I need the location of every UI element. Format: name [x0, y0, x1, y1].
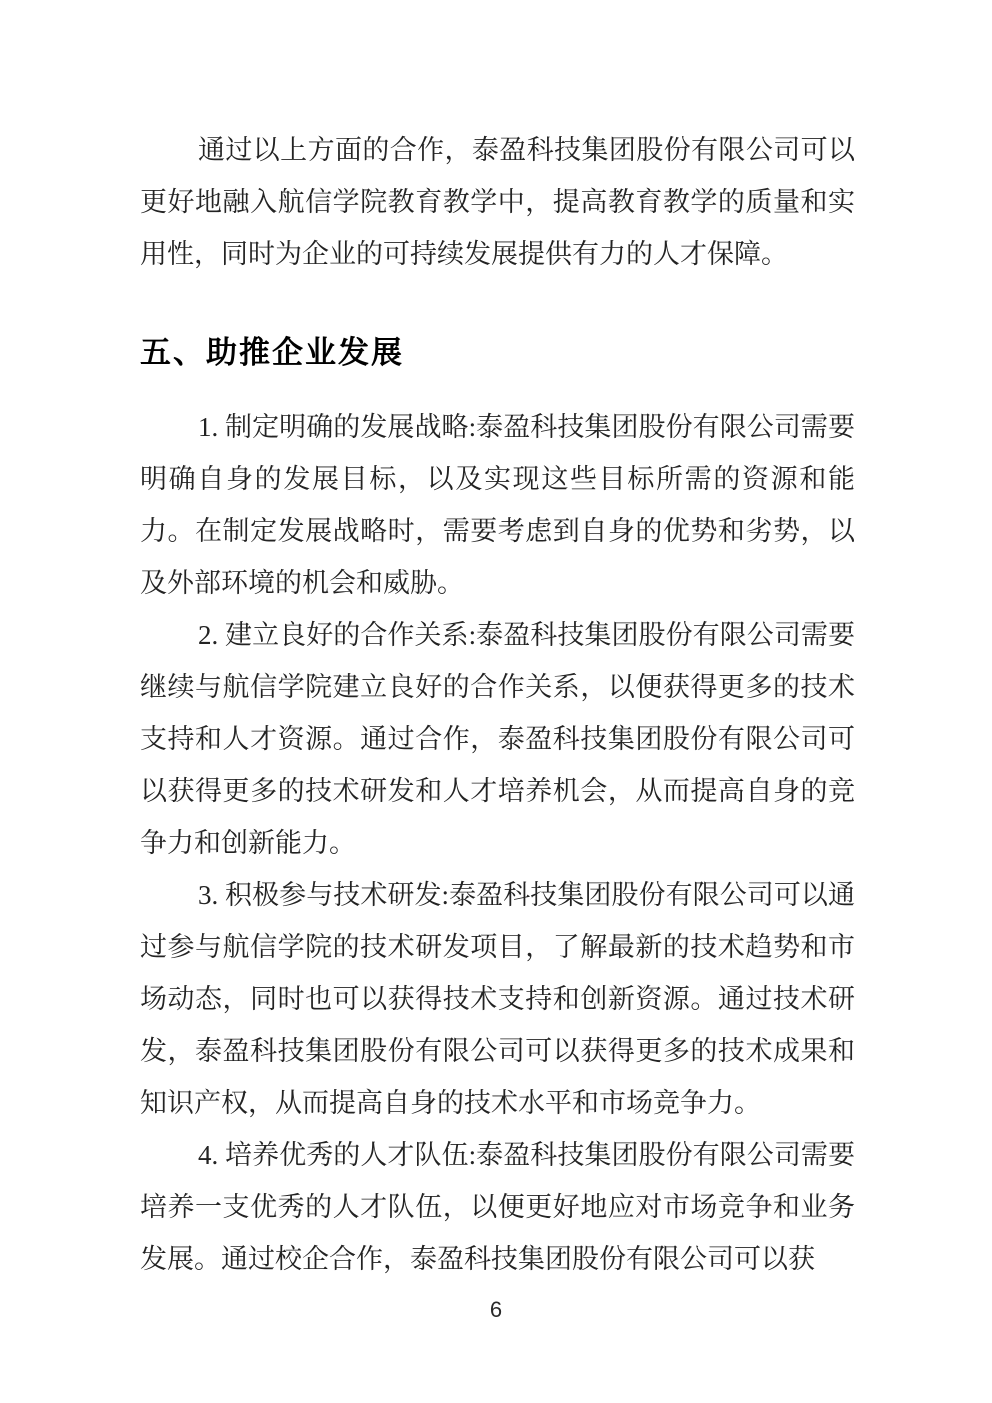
intro-paragraph: 通过以上方面的合作，泰盈科技集团股份有限公司可以更好地融入航信学院教育教学中，提… [140, 124, 855, 280]
document-content: 通过以上方面的合作，泰盈科技集团股份有限公司可以更好地融入航信学院教育教学中，提… [140, 0, 855, 1285]
section-heading: 五、助推企业发展 [140, 334, 855, 372]
paragraph-cooperation-relationship: 2. 建立良好的合作关系:泰盈科技集团股份有限公司需要继续与航信学院建立良好的合… [140, 609, 855, 869]
paragraph-development-strategy: 1. 制定明确的发展战略:泰盈科技集团股份有限公司需要明确自身的发展目标，以及实… [140, 401, 855, 609]
paragraph-talent-team: 4. 培养优秀的人才队伍:泰盈科技集团股份有限公司需要培养一支优秀的人才队伍，以… [140, 1129, 855, 1285]
paragraph-technology-rd: 3. 积极参与技术研发:泰盈科技集团股份有限公司可以通过参与航信学院的技术研发项… [140, 869, 855, 1129]
page-number: 6 [0, 1297, 992, 1323]
document-page: 通过以上方面的合作，泰盈科技集团股份有限公司可以更好地融入航信学院教育教学中，提… [0, 0, 992, 1403]
